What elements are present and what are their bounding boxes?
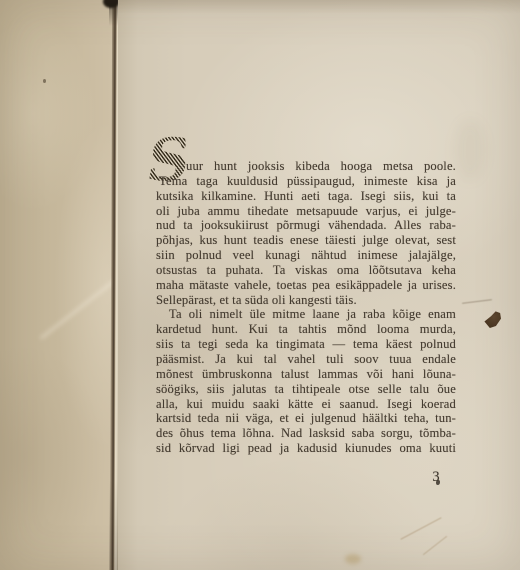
paper-speck (43, 79, 46, 83)
page-number: 3 (426, 469, 446, 486)
text-line: alla, kui muidu saaki kätte ei saanud. I… (156, 397, 456, 412)
text-line: Sellepärast, et ta süda oli kangesti täi… (156, 293, 456, 308)
text-line: pääsmist. Ja kui tal vahel tuli soov tuu… (156, 352, 456, 367)
text-line: põhjas, kus hunt teadis enese täiesti ju… (156, 233, 456, 248)
text-line: kardetud hunt. Kui ta tahtis mõnd looma … (156, 322, 456, 337)
text-line: sid kõrvad ligi pead ja kadusid kiunudes… (156, 441, 456, 456)
text-line: des õhus tema lõhna. Nad lasksid saba so… (156, 426, 456, 441)
text-line: mõnest ümbruskonna talust lammas või han… (156, 367, 456, 382)
scanned-book-page-photo: S uur hunt jooksis kibeda hooga metsa po… (0, 0, 520, 570)
page-text-block: uur hunt jooksis kibeda hooga metsa pool… (156, 159, 456, 456)
text-line: oli juba ammu tihedate metsapuude varjus… (156, 204, 456, 219)
text-line: maha mätaste vahele, toetas pea esikäppa… (156, 278, 456, 293)
paper-stain-faint (345, 554, 361, 564)
text-line: siin polnud veel kunagi nähtud inimese j… (156, 248, 456, 263)
previous-page-edge (0, 0, 112, 570)
text-line: söögiks, siis jalutas ta tihtipeale otse… (156, 382, 456, 397)
text-line: otsustas ta puhata. Ta viskas oma lõõtsu… (156, 263, 456, 278)
text-line: kartsid teda nii väga, et ei julgenud hä… (156, 411, 456, 426)
text-line: Ta oli nimelt üle mitme laane ja raba kõ… (156, 307, 456, 322)
text-line: Tema taga kuuldusid püssipaugud, inimest… (156, 174, 456, 189)
text-line: kutsika kilkamine. Hunti aeti taga. Iseg… (156, 189, 456, 204)
text-line: siis ta tegi seda ka tingimata — tema kä… (156, 337, 456, 352)
paper-smudge (455, 120, 485, 180)
text-line: uur hunt jooksis kibeda hooga metsa pool… (156, 159, 456, 174)
text-line: nud ta jooksukiirust põrmugi vähendada. … (156, 218, 456, 233)
